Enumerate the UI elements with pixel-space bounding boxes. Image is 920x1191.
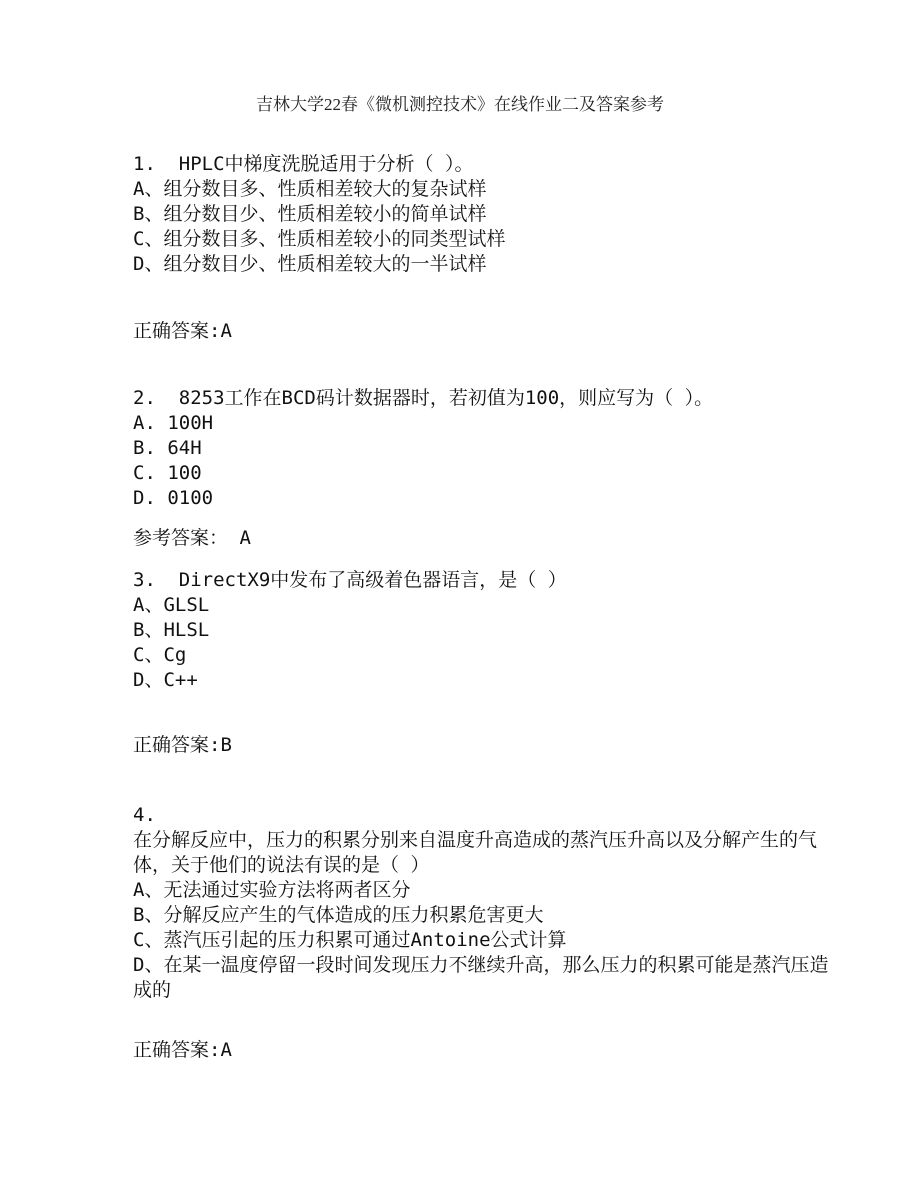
question-3-answer: 正确答案:B <box>133 733 833 758</box>
question-1-option-d: D、组分数目少、性质相差较大的一半试样 <box>133 252 833 277</box>
document-page: 吉林大学22春《微机测控技术》在线作业二及答案参考 1. HPLC中梯度洗脱适用… <box>0 0 920 1191</box>
question-1-answer: 正确答案:A <box>133 319 833 344</box>
question-3: 3. DirectX9中发布了高级着色器语言，是（ ） A、GLSL B、HLS… <box>133 568 833 693</box>
question-4: 4. 在分解反应中，压力的积累分别来自温度升高造成的蒸汽压升高以及分解产生的气体… <box>133 803 833 1003</box>
question-2-answer: 参考答案： A <box>133 526 833 551</box>
question-3-option-d: D、C++ <box>133 668 833 693</box>
question-1-stem: 1. HPLC中梯度洗脱适用于分析（ ）。 <box>133 152 833 177</box>
question-4-option-c: C、蒸汽压引起的压力积累可通过Antoine公式计算 <box>133 928 833 953</box>
question-3-option-a: A、GLSL <box>133 593 833 618</box>
question-2-option-b: B. 64H <box>133 436 833 461</box>
question-2-option-d: D. 0100 <box>133 486 833 511</box>
answer-text: 参考答案： A <box>133 526 833 551</box>
question-2: 2. 8253工作在BCD码计数据器时，若初值为100，则应写为（ ）。 A. … <box>133 386 833 511</box>
question-3-option-c: C、Cg <box>133 643 833 668</box>
document-content: 1. HPLC中梯度洗脱适用于分析（ ）。 A、组分数目多、性质相差较大的复杂试… <box>133 152 833 1063</box>
question-4-option-a: A、无法通过实验方法将两者区分 <box>133 878 833 903</box>
question-2-stem: 2. 8253工作在BCD码计数据器时，若初值为100，则应写为（ ）。 <box>133 386 833 411</box>
question-3-stem: 3. DirectX9中发布了高级着色器语言，是（ ） <box>133 568 833 593</box>
question-2-option-a: A. 100H <box>133 411 833 436</box>
question-4-answer: 正确答案:A <box>133 1038 833 1063</box>
question-3-option-b: B、HLSL <box>133 618 833 643</box>
question-4-option-d: D、在某一温度停留一段时间发现压力不继续升高，那么压力的积累可能是蒸汽压造成的 <box>133 953 833 1003</box>
question-4-number: 4. <box>133 803 833 828</box>
question-1: 1. HPLC中梯度洗脱适用于分析（ ）。 A、组分数目多、性质相差较大的复杂试… <box>133 152 833 277</box>
question-4-stem: 在分解反应中，压力的积累分别来自温度升高造成的蒸汽压升高以及分解产生的气体，关于… <box>133 828 833 878</box>
question-4-option-b: B、分解反应产生的气体造成的压力积累危害更大 <box>133 903 833 928</box>
question-2-option-c: C. 100 <box>133 461 833 486</box>
answer-text: 正确答案:A <box>133 319 833 344</box>
question-1-option-b: B、组分数目少、性质相差较小的简单试样 <box>133 202 833 227</box>
question-1-option-c: C、组分数目多、性质相差较小的同类型试样 <box>133 227 833 252</box>
document-title: 吉林大学22春《微机测控技术》在线作业二及答案参考 <box>0 0 920 117</box>
question-1-option-a: A、组分数目多、性质相差较大的复杂试样 <box>133 177 833 202</box>
answer-text: 正确答案:A <box>133 1038 833 1063</box>
answer-text: 正确答案:B <box>133 733 833 758</box>
